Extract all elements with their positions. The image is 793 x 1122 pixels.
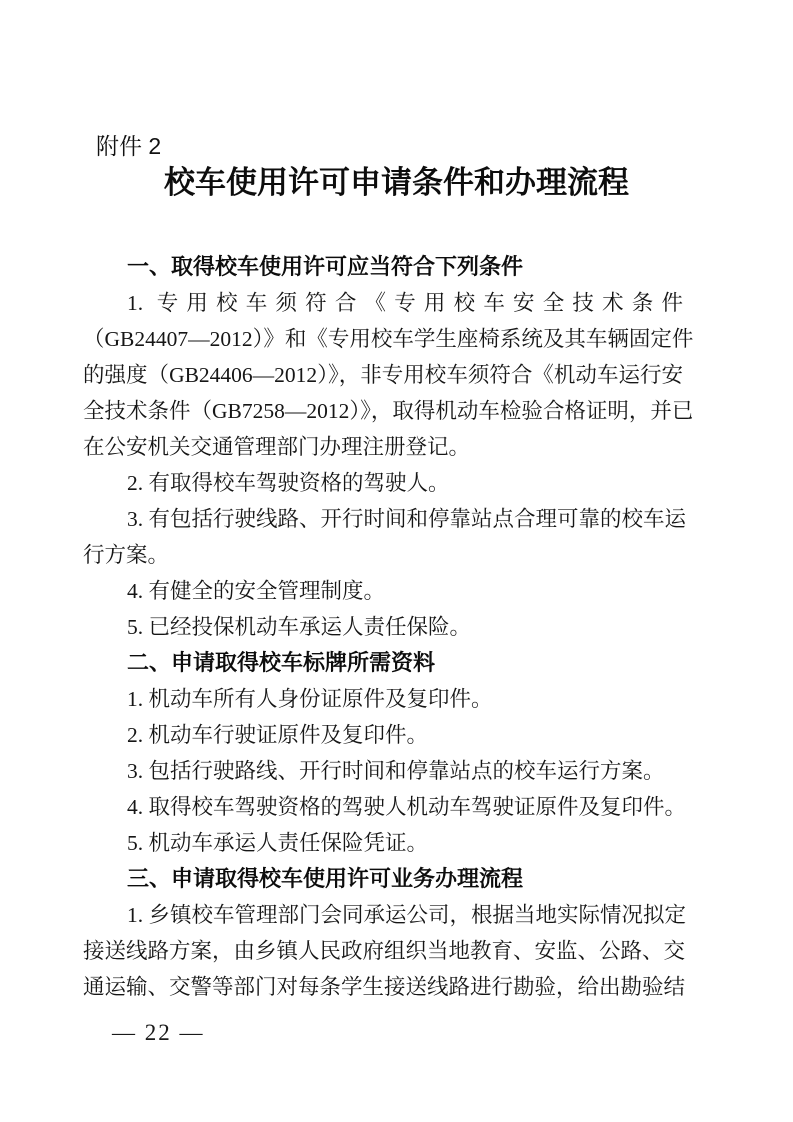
text-line: 2. 有取得校车驾驶资格的驾驶人。: [83, 465, 683, 501]
text-line: 全技术条件（GB7258—2012）》，取得机动车检验合格证明，并已: [83, 393, 683, 429]
text-line: 5. 机动车承运人责任保险凭证。: [83, 825, 683, 861]
document-page: 附件 2 校车使用许可申请条件和办理流程 一、取得校车使用许可应当符合下列条件1…: [0, 0, 793, 1122]
text-line: 3. 有包括行驶线路、开行时间和停靠站点合理可靠的校车运: [83, 501, 683, 537]
text-line: 4. 有健全的安全管理制度。: [83, 573, 683, 609]
text-line: 5. 已经投保机动车承运人责任保险。: [83, 609, 683, 645]
text-line: 3. 包括行驶路线、开行时间和停靠站点的校车运行方案。: [83, 753, 683, 789]
section-heading: 三、申请取得校车使用许可业务办理流程: [83, 861, 683, 897]
attachment-label: 附件 2: [96, 132, 161, 160]
text-line: 1. 专用校车须符合《专用校车安全技术条件: [83, 285, 683, 321]
text-line: 通运输、交警等部门对每条学生接送线路进行勘验，给出勘验结: [83, 969, 683, 1005]
text-line: 1. 乡镇校车管理部门会同承运公司，根据当地实际情况拟定: [83, 897, 683, 933]
text-line: 4. 取得校车驾驶资格的驾驶人机动车驾驶证原件及复印件。: [83, 789, 683, 825]
text-line: 接送线路方案，由乡镇人民政府组织当地教育、安监、公路、交: [83, 933, 683, 969]
document-body: 一、取得校车使用许可应当符合下列条件1. 专用校车须符合《专用校车安全技术条件（…: [83, 249, 683, 1005]
text-line: 2. 机动车行驶证原件及复印件。: [83, 717, 683, 753]
text-line: 行方案。: [83, 537, 683, 573]
text-line: 1. 机动车所有人身份证原件及复印件。: [83, 681, 683, 717]
section-heading: 二、申请取得校车标牌所需资料: [83, 645, 683, 681]
page-title: 校车使用许可申请条件和办理流程: [0, 162, 793, 204]
section-heading: 一、取得校车使用许可应当符合下列条件: [83, 249, 683, 285]
text-line: 在公安机关交通管理部门办理注册登记。: [83, 429, 683, 465]
text-line: 的强度（GB24406—2012）》，非专用校车须符合《机动车运行安: [83, 357, 683, 393]
page-number: — 22 —: [112, 1018, 205, 1048]
text-line: （GB24407—2012）》和《专用校车学生座椅系统及其车辆固定件: [83, 321, 683, 357]
